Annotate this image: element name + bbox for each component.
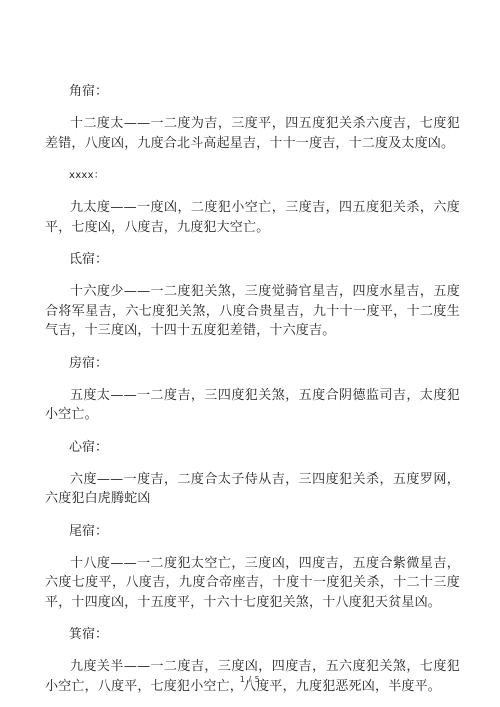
section-body-fang: 五度太——一二度吉，三四度犯关煞，五度合阴德监司吉，太度犯小空亡。 [45,386,460,425]
section-heading-di: 氐宿： [69,250,460,270]
section-body-di: 十六度少——一二度犯关煞，三度觉骑官星吉，四度水星吉，五度合将军星吉，六七度犯关… [45,282,460,341]
section-heading-xin: 心宿： [69,438,460,458]
page-number: 1 / 5 [0,675,500,684]
section-heading-wei: 尾宿： [69,522,460,542]
section-body-jiao: 十二度太——一二度为吉，三度平，四五度犯关杀六度吉，七度犯差错，八度凶，九度合北… [45,114,460,153]
section-body-xin: 六度——一度吉，二度合太子侍从吉，三四度犯关杀，五度罗网，六度犯白虎腾蛇凶 [45,470,460,509]
section-heading-ji: 箕宿： [69,625,460,645]
section-heading-kang: xxxx： [69,166,460,186]
section-body-wei: 十八度——一二度犯太空亡，三度凶，四度吉，五度合紫微星吉，六度七度平，八度吉，九… [45,554,460,613]
section-body-kang: 九太度——一度凶，二度犯小空亡，三度吉，四五度犯关杀，六度平，七度凶，八度吉，九… [45,198,460,237]
document-page: 角宿： 十二度太——一二度为吉，三度平，四五度犯关杀六度吉，七度犯差错，八度凶，… [45,82,460,707]
section-heading-jiao: 角宿： [69,82,460,102]
section-heading-fang: 房宿： [69,354,460,374]
